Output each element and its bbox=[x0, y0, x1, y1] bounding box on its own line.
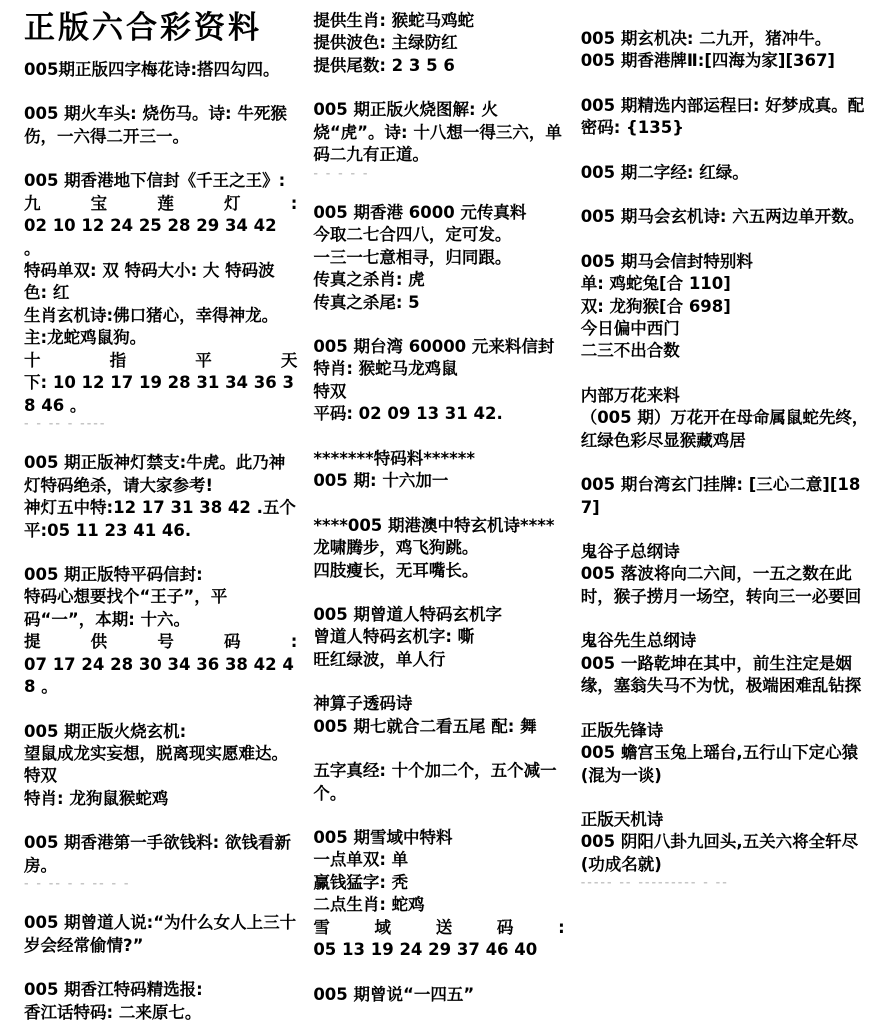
text-line: 005 期火车头: 烧伤马。诗: 牛死猴伤，一六得二开三一。 bbox=[24, 103, 297, 148]
text-block: 鬼谷子总纲诗005 落波将向二六间，一五之数在此时，猴子捞月一场空，转向三一必要… bbox=[581, 541, 870, 608]
text-line: 曾道人特码玄机字: 嘶 bbox=[313, 626, 564, 648]
text-line: 005 蟾宫玉兔上瑶台,五行山下定心猿(混为一谈) bbox=[581, 742, 870, 787]
text-line: 005 期曾说“一四五” bbox=[313, 984, 564, 1006]
text-line: 005 期二字经: 红绿。 bbox=[581, 162, 870, 184]
text-block: 005 期火车头: 烧伤马。诗: 牛死猴伤，一六得二开三一。 bbox=[24, 103, 297, 148]
text-line: 07 17 24 28 30 34 36 38 42 48 。 bbox=[24, 654, 297, 699]
text-block: 鬼谷先生总纲诗005 一路乾坤在其中，前生注定是姻缘，塞翁失马不为忧，极端困难乱… bbox=[581, 630, 870, 697]
text-line: 特码单双: 双 特码大小: 大 特码波色: 红 bbox=[24, 260, 297, 305]
text-block: 005 期曾道人特码玄机字曾道人特码玄机字: 嘶旺红绿波，单人行 bbox=[313, 604, 564, 671]
text-line: 005 期玄机决: 二九开，猪冲牛。 bbox=[581, 28, 870, 50]
text-block: 005 期香港 6000 元传真料今取二七合四八，定可发。一三一七意相寻，归同跟… bbox=[313, 202, 564, 314]
faint-marks: ----- -- --------- - -- bbox=[581, 876, 870, 889]
text-line: 二三不出合数 bbox=[581, 340, 870, 362]
text-line: 一三一七意相寻，归同跟。 bbox=[313, 247, 564, 269]
text-line: 005 期正版火烧图解: 火烧“虎”。诗: 十八想一得三六，单码二九有正道。 bbox=[313, 99, 564, 166]
page-title: 正版六合彩资料 bbox=[24, 8, 297, 49]
text-block: 005 期马会信封特别料单: 鸡蛇兔[合 110]双: 龙狗猴[合 698]今日… bbox=[581, 251, 870, 363]
text-line: 十指平天 bbox=[24, 350, 297, 372]
text-block: 正版先锋诗005 蟾宫玉兔上瑶台,五行山下定心猿(混为一谈) bbox=[581, 720, 870, 787]
text-block: 005 期台湾 60000 元来料信封特肖: 猴蛇马龙鸡鼠特双平码: 02 09… bbox=[313, 336, 564, 426]
text-line: 生肖玄机诗:佛口猪心，幸得神龙。 bbox=[24, 305, 297, 327]
text-line: 特肖: 猴蛇马龙鸡鼠 bbox=[313, 358, 564, 380]
text-line: 九宝莲灯: bbox=[24, 193, 297, 215]
text-line: 提供波色: 主绿防红 bbox=[313, 32, 564, 54]
text-line: 今取二七合四八，定可发。 bbox=[313, 224, 564, 246]
text-line: 005 期马会玄机诗: 六五两边单开数。 bbox=[581, 206, 870, 228]
text-line: 下: 10 12 17 19 28 31 34 36 38 46 。 bbox=[24, 372, 297, 417]
text-line: ****005 期港澳中特玄机诗**** bbox=[313, 515, 564, 537]
text-line: 赢钱猛字: 秃 bbox=[313, 872, 564, 894]
text-line: 正版先锋诗 bbox=[581, 720, 870, 742]
text-line: 005 期曾道人特码玄机字 bbox=[313, 604, 564, 626]
text-block: 内部万花来料（005 期）万花开在母命属鼠蛇先终，红绿色彩尽显猴藏鸡居 bbox=[581, 385, 870, 452]
text-line: 特肖: 龙狗鼠猴蛇鸡 bbox=[24, 788, 297, 810]
text-block: 005 期台湾玄门挂牌: [三心二意][187] bbox=[581, 474, 870, 519]
text-line: 内部万花来料 bbox=[581, 385, 870, 407]
text-line: 提供号码: bbox=[24, 631, 297, 653]
faint-marks: - - -- - ---- bbox=[24, 417, 297, 430]
text-line: 005 期香港牌Ⅱ:[四海为家][367] bbox=[581, 50, 870, 72]
text-line: 005 落波将向二六间，一五之数在此时，猴子捞月一场空，转向三一必要回 bbox=[581, 563, 870, 608]
column-middle: 提供生肖: 猴蛇马鸡蛇提供波色: 主绿防红提供尾数: 2 3 5 6005 期正… bbox=[313, 6, 564, 1024]
column-left: 正版六合彩资料 005期正版四字梅花诗:搭四勾四。005 期火车头: 烧伤马。诗… bbox=[24, 6, 297, 1024]
text-block: 五字真经: 十个加二个，五个减一个。 bbox=[313, 760, 564, 805]
text-block: 005 期香港地下信封《千王之王》:九宝莲灯:02 10 12 24 25 28… bbox=[24, 170, 297, 430]
text-line: 传真之杀尾: 5 bbox=[313, 292, 564, 314]
text-line: 雪域送码: bbox=[313, 917, 564, 939]
text-line: 005 期: 十六加一 bbox=[313, 470, 564, 492]
text-block: 005 期玄机决: 二九开，猪冲牛。005 期香港牌Ⅱ:[四海为家][367] bbox=[581, 28, 870, 73]
faint-marks: - - -- - - -- - - bbox=[24, 877, 297, 890]
text-line: 005 期香港地下信封《千王之王》: bbox=[24, 170, 297, 192]
text-line: 005 期七就合二看五尾 配: 舞 bbox=[313, 716, 564, 738]
text-line: 传真之杀肖: 虎 bbox=[313, 269, 564, 291]
text-line: 双: 龙狗猴[合 698] bbox=[581, 296, 870, 318]
text-line: 今日偏中西门 bbox=[581, 318, 870, 340]
faint-marks: - - - - - bbox=[313, 167, 564, 180]
text-block: 005 期正版火烧玄机:望鼠成龙实妄想，脱离现实愿难达。特双特肖: 龙狗鼠猴蛇鸡 bbox=[24, 721, 297, 811]
text-line: 005 期曾道人说:“为什么女人上三十岁会经常偷情?” bbox=[24, 912, 297, 957]
text-block: 005 期香江特码精选报:香江话特码: 二来原七。 bbox=[24, 979, 297, 1024]
text-line: 鬼谷先生总纲诗 bbox=[581, 630, 870, 652]
text-line: 特双 bbox=[24, 765, 297, 787]
text-line: 神灯五中特:12 17 31 38 42 .五个平:05 11 23 41 46… bbox=[24, 497, 297, 542]
text-line: 主:龙蛇鸡鼠狗。 bbox=[24, 327, 297, 349]
column-right: 005 期玄机决: 二九开，猪冲牛。005 期香港牌Ⅱ:[四海为家][367]0… bbox=[581, 6, 870, 1024]
text-block: 005 期香港第一手欲钱料: 欲钱看新房。- - -- - - -- - - bbox=[24, 832, 297, 890]
text-line: 005 期正版特平码信封: bbox=[24, 564, 297, 586]
text-line: 单: 鸡蛇兔[合 110] bbox=[581, 273, 870, 295]
text-line: 05 13 19 24 29 37 46 40 bbox=[313, 939, 564, 961]
text-line: 005 期台湾玄门挂牌: [三心二意][187] bbox=[581, 474, 870, 519]
text-line: 神算子透码诗 bbox=[313, 693, 564, 715]
text-line: 鬼谷子总纲诗 bbox=[581, 541, 870, 563]
text-line: 005 期正版火烧玄机: bbox=[24, 721, 297, 743]
text-line: 五字真经: 十个加二个，五个减一个。 bbox=[313, 760, 564, 805]
text-line: 提供尾数: 2 3 5 6 bbox=[313, 55, 564, 77]
text-line: 005期正版四字梅花诗:搭四勾四。 bbox=[24, 59, 297, 81]
text-block: 正版天机诗005 阴阳八卦九回头,五关六将全轩尽(功成名就)----- -- -… bbox=[581, 809, 870, 890]
text-line: 005 期台湾 60000 元来料信封 bbox=[313, 336, 564, 358]
text-block: 005 期雪域中特料一点单双: 单赢钱猛字: 秃二点生肖: 蛇鸡雪域送码:05 … bbox=[313, 827, 564, 962]
text-line: 005 期香港第一手欲钱料: 欲钱看新房。 bbox=[24, 832, 297, 877]
text-line: 005 阴阳八卦九回头,五关六将全轩尽(功成名就) bbox=[581, 831, 870, 876]
text-line: 提供生肖: 猴蛇马鸡蛇 bbox=[313, 10, 564, 32]
text-line: 二点生肖: 蛇鸡 bbox=[313, 894, 564, 916]
lottery-info-sheet: 正版六合彩资料 005期正版四字梅花诗:搭四勾四。005 期火车头: 烧伤马。诗… bbox=[0, 0, 870, 1024]
text-line: 005 期正版神灯禁支:牛虎。此乃神灯特码绝杀，请大家参考! bbox=[24, 452, 297, 497]
text-line: 望鼠成龙实妄想，脱离现实愿难达。 bbox=[24, 743, 297, 765]
text-line: 正版天机诗 bbox=[581, 809, 870, 831]
text-line: 005 一路乾坤在其中，前生注定是姻缘，塞翁失马不为忧，极端困难乱钻探 bbox=[581, 653, 870, 698]
text-block: 005 期马会玄机诗: 六五两边单开数。 bbox=[581, 206, 870, 228]
text-block: *******特码料******005 期: 十六加一 bbox=[313, 448, 564, 493]
text-line: 平码: 02 09 13 31 42. bbox=[313, 403, 564, 425]
text-block: 神算子透码诗005 期七就合二看五尾 配: 舞 bbox=[313, 693, 564, 738]
text-line: 龙啸腾步，鸡飞狗跳。 bbox=[313, 537, 564, 559]
text-block: ****005 期港澳中特玄机诗****龙啸腾步，鸡飞狗跳。四肢瘦长，无耳嘴长。 bbox=[313, 515, 564, 582]
text-block: 005 期正版特平码信封:特码心想要找个“王子”，平码“一”，本期: 十六。提供… bbox=[24, 564, 297, 699]
text-block: 005 期曾道人说:“为什么女人上三十岁会经常偷情?” bbox=[24, 912, 297, 957]
text-line: 旺红绿波，单人行 bbox=[313, 649, 564, 671]
text-line: 香江话特码: 二来原七。 bbox=[24, 1002, 297, 1024]
text-block: 005 期正版神灯禁支:牛虎。此乃神灯特码绝杀，请大家参考!神灯五中特:12 1… bbox=[24, 452, 297, 542]
text-line: *******特码料****** bbox=[313, 448, 564, 470]
text-line: 02 10 12 24 25 28 29 34 42 。 bbox=[24, 215, 297, 260]
text-line: 005 期雪域中特料 bbox=[313, 827, 564, 849]
text-line: 特码心想要找个“王子”，平码“一”，本期: 十六。 bbox=[24, 586, 297, 631]
text-block: 005期正版四字梅花诗:搭四勾四。 bbox=[24, 59, 297, 81]
text-block: 005 期二字经: 红绿。 bbox=[581, 162, 870, 184]
text-block: 提供生肖: 猴蛇马鸡蛇提供波色: 主绿防红提供尾数: 2 3 5 6 bbox=[313, 10, 564, 77]
text-block: 005 期曾说“一四五” bbox=[313, 984, 564, 1006]
text-block: 005 期精选内部运程曰: 好梦成真。配密码: {135} bbox=[581, 95, 870, 140]
text-line: 特双 bbox=[313, 381, 564, 403]
text-line: 005 期马会信封特别料 bbox=[581, 251, 870, 273]
text-line: 005 期精选内部运程曰: 好梦成真。配密码: {135} bbox=[581, 95, 870, 140]
text-line: 四肢瘦长，无耳嘴长。 bbox=[313, 560, 564, 582]
text-line: 005 期香港 6000 元传真料 bbox=[313, 202, 564, 224]
text-line: 005 期香江特码精选报: bbox=[24, 979, 297, 1001]
text-line: 一点单双: 单 bbox=[313, 849, 564, 871]
text-line: （005 期）万花开在母命属鼠蛇先终，红绿色彩尽显猴藏鸡居 bbox=[581, 407, 870, 452]
text-block: 005 期正版火烧图解: 火烧“虎”。诗: 十八想一得三六，单码二九有正道。- … bbox=[313, 99, 564, 180]
